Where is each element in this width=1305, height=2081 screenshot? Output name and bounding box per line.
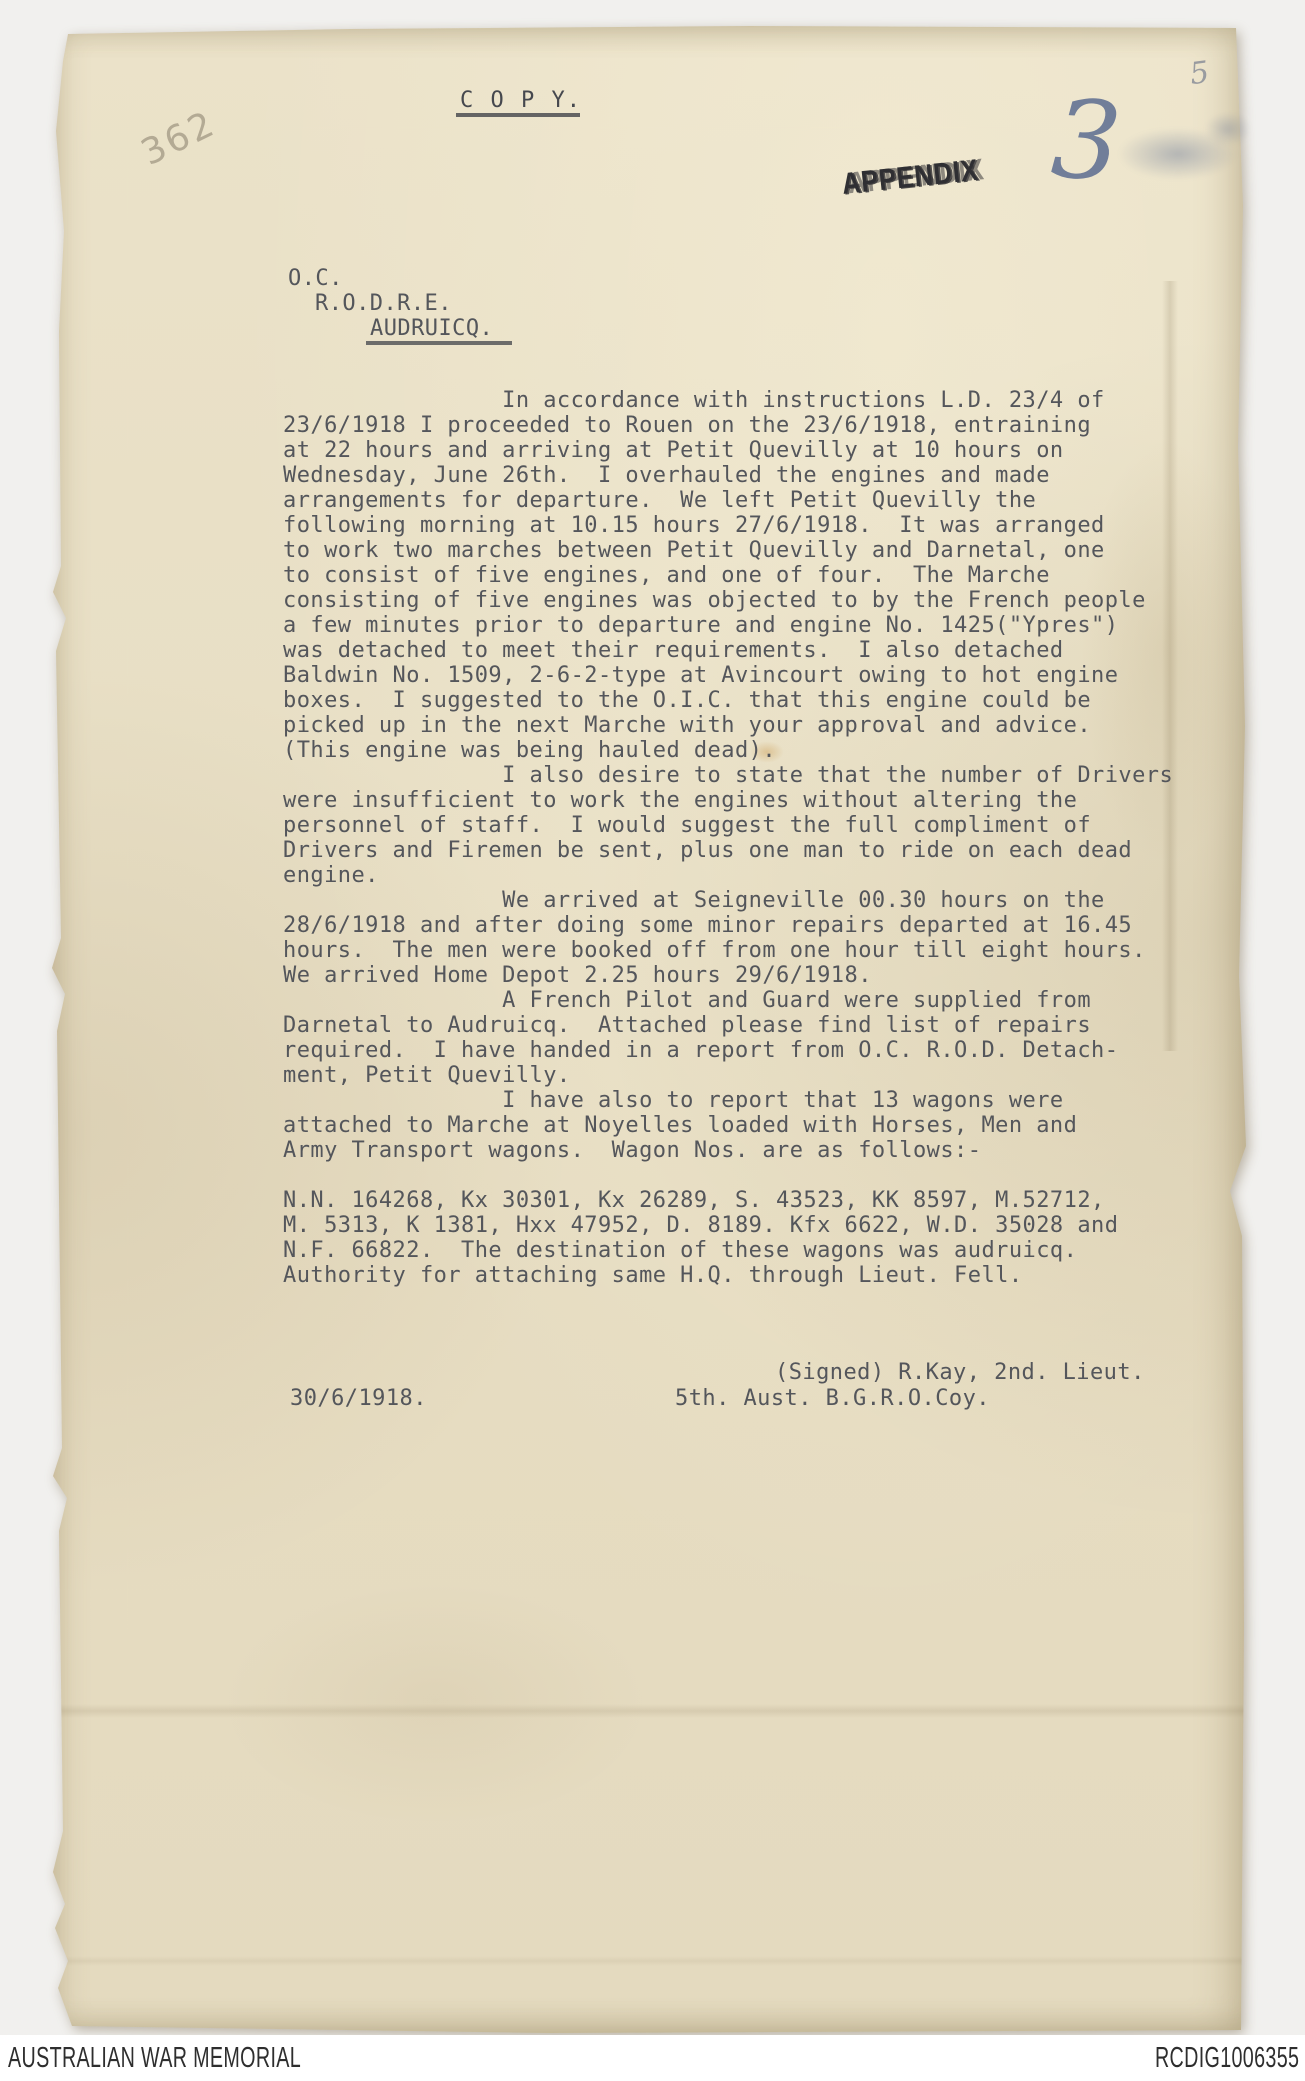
address-line-1: O.C. (288, 266, 343, 291)
footer-archive-name: AUSTRALIAN WAR MEMORIAL (8, 2035, 301, 2081)
paper-crease-horizontal-2 (50, 1956, 1247, 1966)
letter-body: In accordance with instructions L.D. 23/… (283, 388, 1173, 1288)
copy-heading: C O P Y. (460, 88, 582, 113)
handwritten-number-annotation: 3 (1048, 86, 1124, 199)
scanned-document-page: C O P Y. 362 APPENDIX 3 5 O.C. R.O.D.R.E… (0, 0, 1305, 2081)
signature-line: (Signed) R.Kay, 2nd. Lieut. (775, 1360, 1145, 1385)
footer-bar: AUSTRALIAN WAR MEMORIAL RCDIG1006355 (0, 2035, 1305, 2081)
signature-unit: 5th. Aust. B.G.R.O.Coy. (675, 1386, 990, 1411)
signature-date: 30/6/1918. (290, 1386, 427, 1411)
address-line-2: R.O.D.R.E. (315, 291, 452, 316)
address-underline (366, 341, 512, 345)
copy-heading-underline (456, 113, 580, 117)
paper-stain (220, 1576, 650, 1826)
ink-smudge (1205, 112, 1251, 146)
address-line-3: AUDRUICQ. (370, 316, 493, 341)
footer-reference-id: RCDIG1006355 (1155, 2035, 1299, 2081)
